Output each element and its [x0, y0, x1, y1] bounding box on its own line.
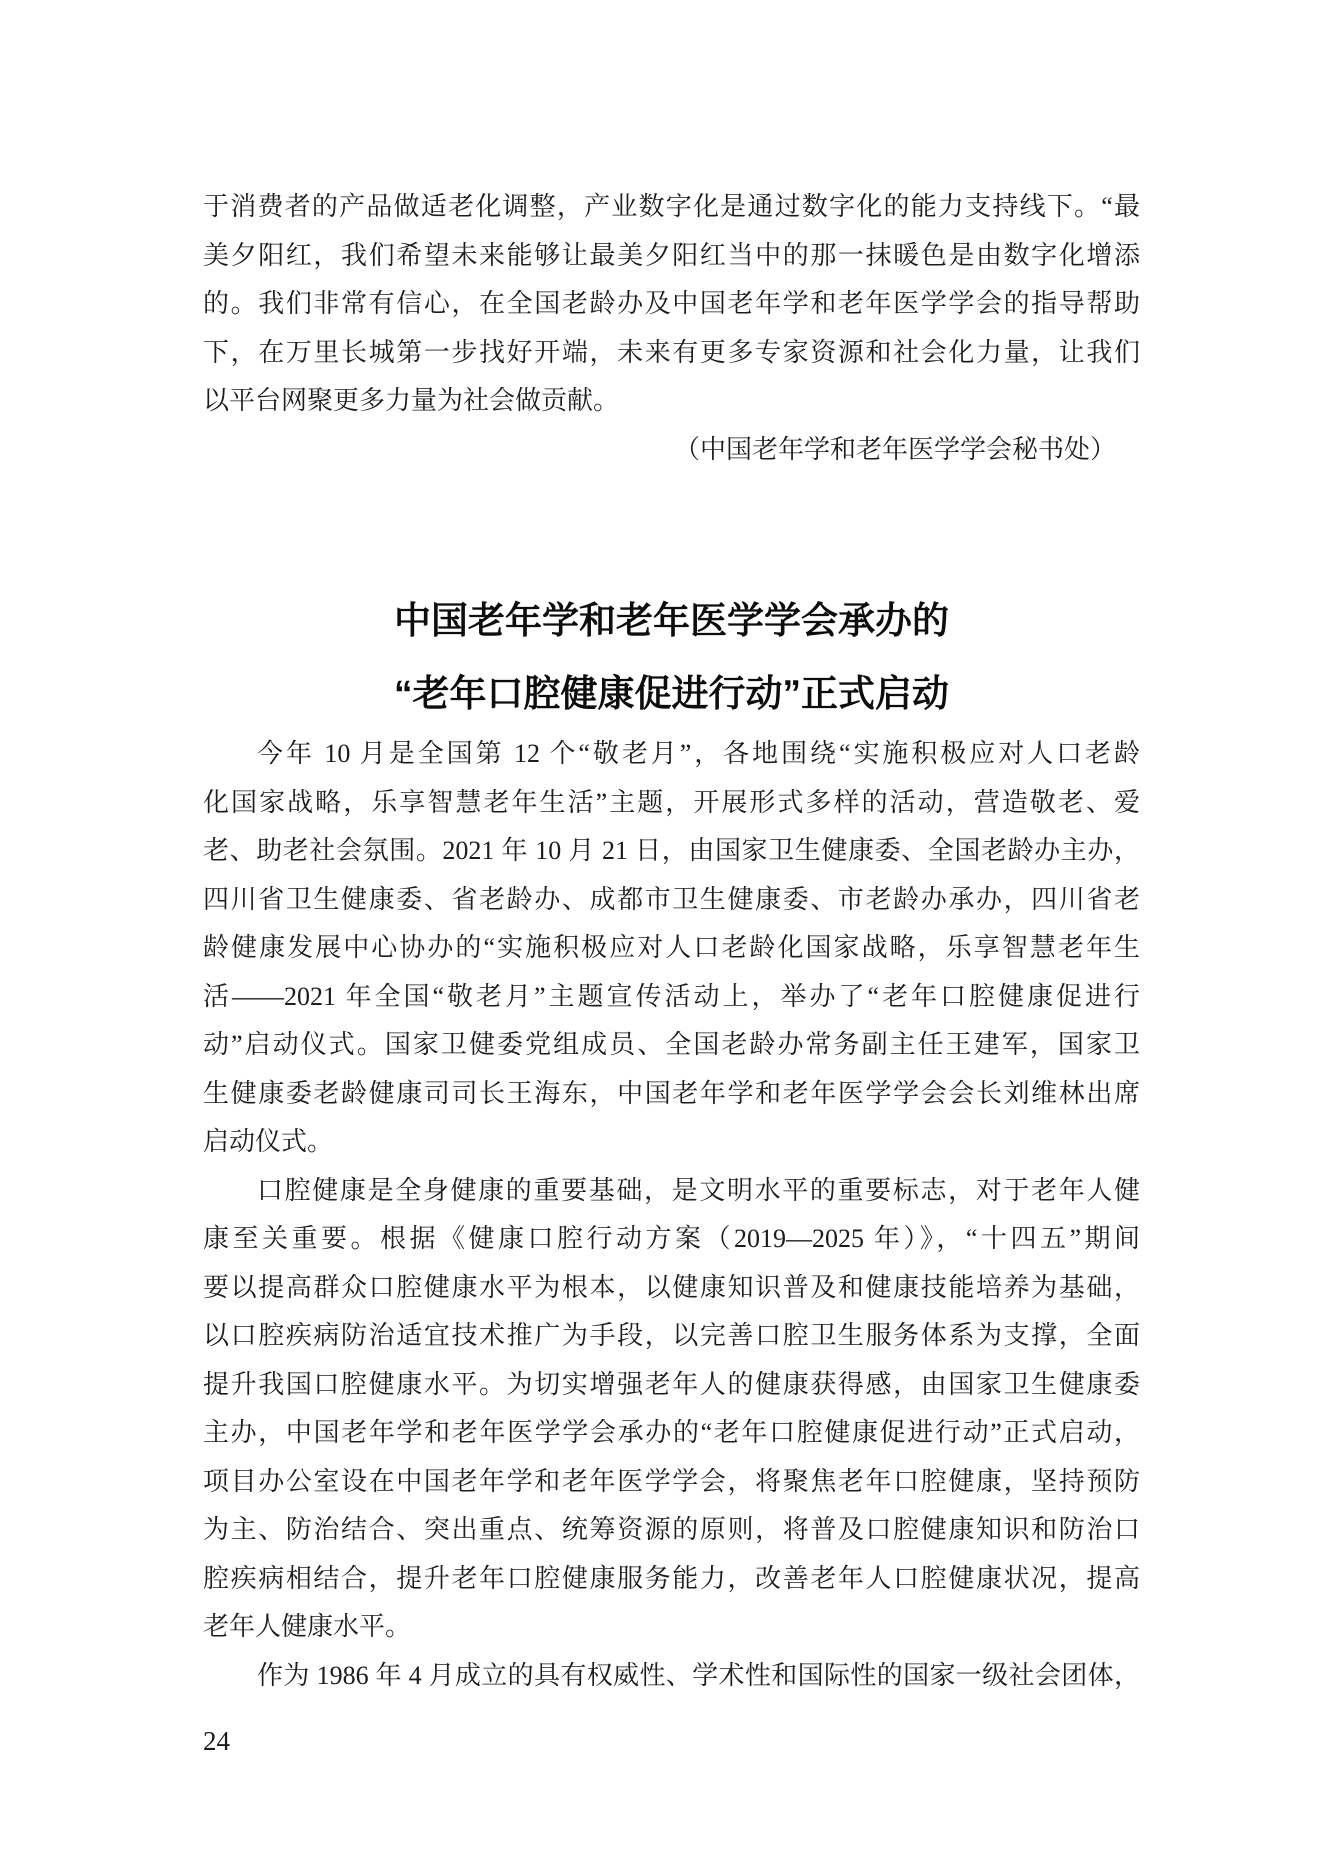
text-line: 启动仪式。: [203, 1118, 1140, 1167]
page-number: 24: [203, 1717, 230, 1766]
text-line: 口腔健康是全身健康的重要基础，是文明水平的重要标志，对于老年人健: [203, 1167, 1140, 1216]
text-line: 要以提高群众口腔健康水平为根本，以健康知识普及和健康技能培养为基础，: [203, 1264, 1140, 1313]
article-title: 中国老年学和老年医学学会承办的 “老年口腔健康促进行动”正式启动: [203, 584, 1140, 730]
text-line: 于消费者的产品做适老化调整，产业数字化是通过数字化的能力支持线下。“最: [203, 183, 1140, 232]
text-line: 为主、防治结合、突出重点、统筹资源的原则，将普及口腔健康知识和防治口: [203, 1506, 1140, 1555]
text-line: 的。我们非常有信心，在全国老龄办及中国老年学和老年医学学会的指导帮助: [203, 280, 1140, 329]
text-line: 腔疾病相结合，提升老年口腔健康服务能力，改善老年人口腔健康状况，提高: [203, 1555, 1140, 1604]
text-line: 美夕阳红，我们希望未来能够让最美夕阳红当中的那一抹暖色是由数字化增添: [203, 232, 1140, 281]
text-line: 老、助老社会氛围。2021 年 10 月 21 日，由国家卫生健康委、全国老龄办…: [203, 827, 1140, 876]
text-line: 四川省卫生健康委、省老龄办、成都市卫生健康委、市老龄办承办，四川省老: [203, 876, 1140, 925]
text-line: 动”启动仪式。国家卫健委党组成员、全国老龄办常务副主任王建军，国家卫: [203, 1021, 1140, 1070]
text-line: 活——2021 年全国“敬老月”主题宣传活动上，举办了“老年口腔健康促进行: [203, 973, 1140, 1022]
text-line: 以口腔疾病防治适宜技术推广为手段，以完善口腔卫生服务体系为支撑，全面: [203, 1312, 1140, 1361]
text-line: 项目办公室设在中国老年学和老年医学学会，将聚焦老年口腔健康，坚持预防: [203, 1458, 1140, 1507]
text-line: 今年 10 月是全国第 12 个“敬老月”，各地围绕“实施积极应对人口老龄: [203, 730, 1140, 779]
text-line: 化国家战略，乐享智慧老年生活”主题，开展形式多样的活动，营造敬老、爱: [203, 779, 1140, 828]
paragraph-1: 今年 10 月是全国第 12 个“敬老月”，各地围绕“实施积极应对人口老龄化国家…: [203, 730, 1140, 1167]
byline: （中国老年学和老年医学学会秘书处）: [203, 426, 1140, 475]
text-line: 龄健康发展中心协办的“实施积极应对人口老龄化国家战略，乐享智慧老年生: [203, 924, 1140, 973]
paragraph-3: 作为 1986 年 4 月成立的具有权威性、学术性和国际性的国家一级社会团体，: [203, 1652, 1140, 1701]
text-line: 提升我国口腔健康水平。为切实增强老年人的健康获得感，由国家卫生健康委: [203, 1361, 1140, 1410]
document-page: 于消费者的产品做适老化调整，产业数字化是通过数字化的能力支持线下。“最美夕阳红，…: [0, 0, 1323, 1871]
article-title-line1: 中国老年学和老年医学学会承办的: [203, 584, 1140, 657]
page-content: 于消费者的产品做适老化调整，产业数字化是通过数字化的能力支持线下。“最美夕阳红，…: [203, 183, 1140, 1700]
paragraph-2: 口腔健康是全身健康的重要基础，是文明水平的重要标志，对于老年人健康至关重要。根据…: [203, 1167, 1140, 1652]
text-line: 康至关重要。根据《健康口腔行动方案（2019—2025 年）》，“十四五”期间: [203, 1215, 1140, 1264]
text-line: 老年人健康水平。: [203, 1603, 1140, 1652]
text-line: 作为 1986 年 4 月成立的具有权威性、学术性和国际性的国家一级社会团体，: [203, 1652, 1140, 1701]
text-line: 以平台网聚更多力量为社会做贡献。: [203, 377, 1140, 426]
article-title-line2: “老年口腔健康促进行动”正式启动: [203, 657, 1140, 730]
text-line: 主办，中国老年学和老年医学学会承办的“老年口腔健康促进行动”正式启动，: [203, 1409, 1140, 1458]
intro-paragraph: 于消费者的产品做适老化调整，产业数字化是通过数字化的能力支持线下。“最美夕阳红，…: [203, 183, 1140, 426]
text-line: 下，在万里长城第一步找好开端，未来有更多专家资源和社会化力量，让我们: [203, 329, 1140, 378]
text-line: 生健康委老龄健康司司长王海东，中国老年学和老年医学学会会长刘维林出席: [203, 1070, 1140, 1119]
